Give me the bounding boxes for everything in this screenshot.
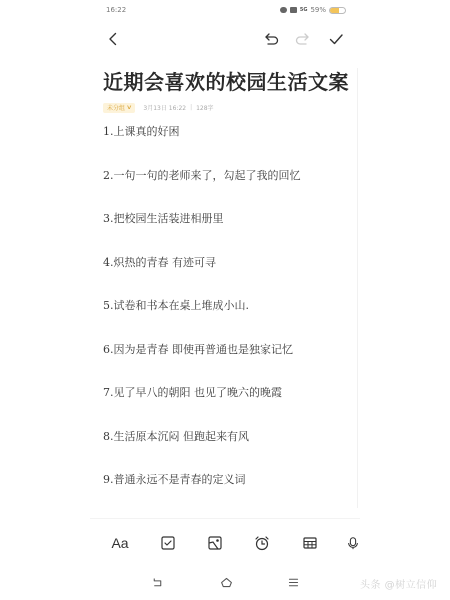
battery-percent: 59% [310, 6, 326, 14]
note-line[interactable]: 7.见了早八的朝阳 也见了晚六的晚霞 [103, 386, 357, 430]
reminder-button[interactable] [251, 532, 273, 554]
note-line[interactable]: 6.因为是青春 即使再普通也是独家记忆 [103, 343, 357, 387]
note-body[interactable]: 1.上课真的好困 2.一句一句的老师来了，勾起了我的回忆 3.把校园生活装进相册… [103, 125, 357, 517]
note-editor[interactable]: 近期会喜欢的校园生活文案 未分组 ∨ 3月13日 16:22 | 128字 1.… [103, 68, 358, 508]
toolbar-divider [90, 518, 360, 519]
insert-image-button[interactable] [204, 532, 226, 554]
nav-home-button[interactable] [216, 572, 236, 592]
phone-screen: 16:22 5G 59% 近期会喜欢的校园生活文案 未分组 [90, 0, 360, 600]
font-style-icon: Aa [111, 535, 128, 551]
category-dropdown[interactable]: 未分组 ∨ [103, 103, 135, 113]
done-button[interactable] [325, 28, 347, 50]
battery-level [330, 8, 339, 13]
chevron-down-icon: ∨ [126, 104, 132, 111]
microphone-icon [346, 535, 360, 551]
note-line[interactable]: 5.试卷和书本在桌上堆成小山. [103, 299, 357, 343]
nfc-icon [280, 7, 287, 13]
editor-toolbar: Aa [90, 532, 360, 554]
meta-separator: | [190, 104, 192, 111]
note-line[interactable]: 3.把校园生活装进相册里 [103, 212, 357, 256]
redo-button[interactable] [291, 28, 313, 50]
voice-button[interactable] [346, 532, 360, 554]
undo-icon [264, 31, 280, 47]
chevron-left-icon [105, 31, 121, 47]
word-count: 128字 [196, 103, 213, 112]
redo-icon [294, 31, 310, 47]
menu-icon [287, 576, 300, 589]
status-time: 16:22 [106, 6, 126, 14]
status-indicators: 5G 59% [280, 6, 346, 14]
note-meta: 未分组 ∨ 3月13日 16:22 | 128字 [103, 102, 357, 113]
alarm-clock-icon [254, 535, 270, 551]
table-icon [302, 535, 318, 551]
checklist-button[interactable] [157, 532, 179, 554]
back-button[interactable] [102, 28, 124, 50]
font-style-button[interactable]: Aa [109, 532, 131, 554]
note-date: 3月13日 16:22 [143, 103, 186, 112]
signal-icon: 5G [300, 8, 308, 13]
note-line[interactable]: 4.炽热的青春 有迹可寻 [103, 256, 357, 300]
note-line[interactable]: 9.普通永远不是青春的定义词 [103, 473, 357, 517]
note-line[interactable]: 1.上课真的好困 [103, 125, 357, 169]
note-line[interactable]: 2.一句一句的老师来了，勾起了我的回忆 [103, 169, 357, 213]
undo-button[interactable] [261, 28, 283, 50]
battery-icon [329, 7, 346, 14]
note-line[interactable]: 8.生活原本沉闷 但跑起来有风 [103, 430, 357, 474]
home-icon [220, 576, 233, 589]
top-toolbar [90, 24, 360, 54]
checkbox-icon [160, 535, 176, 551]
table-button[interactable] [299, 532, 321, 554]
category-label: 未分组 [107, 103, 125, 112]
nav-recents-button[interactable] [283, 572, 303, 592]
note-title[interactable]: 近期会喜欢的校园生活文案 [103, 68, 357, 96]
sim-icon [290, 7, 297, 13]
system-nav-bar [90, 572, 360, 594]
check-icon [328, 31, 344, 47]
watermark: 头条 @树立信仰 [360, 576, 437, 591]
back-icon [151, 576, 164, 589]
status-bar: 16:22 5G 59% [90, 0, 360, 20]
nav-back-button[interactable] [147, 572, 167, 592]
image-icon [207, 535, 223, 551]
